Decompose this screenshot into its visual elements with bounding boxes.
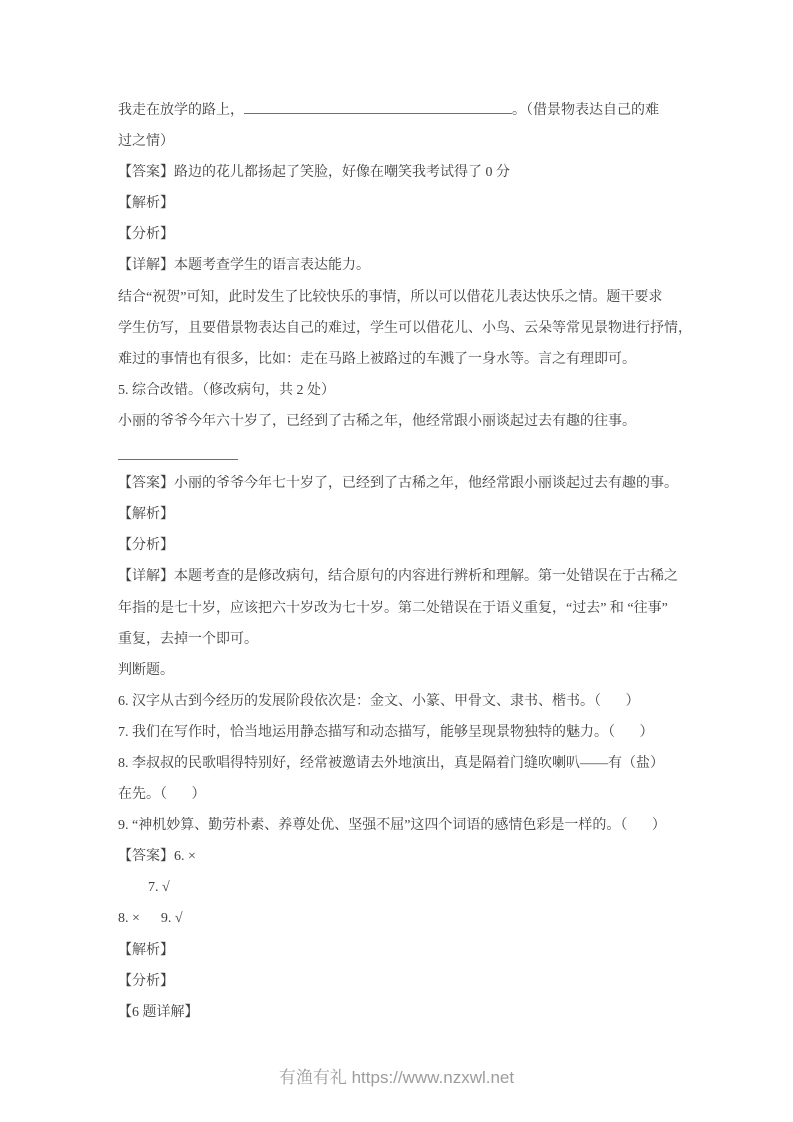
judgement-q8-line-1: 8. 李叔叔的民歌唱得特别好，经常被邀请去外地演出，真是隔着门缝吹喇叭——有（盐… xyxy=(118,748,683,779)
q4-detail-line-4: 难过的事情也有很多，比如：走在马路上被路过的车溅了一身水等。言之有理即可。 xyxy=(118,344,683,375)
q5-sentence: 小丽的爷爷今年六十岁了，已经到了古稀之年，他经常跟小丽谈起过去有趣的往事。 xyxy=(118,406,683,437)
q5-detail-line-1: 【详解】本题考查的是修改病句，结合原句的内容进行辨析和理解。第一处错误在于古稀之 xyxy=(118,561,683,592)
q5-detail-line-2: 年指的是七十岁，应该把六十岁改为七十岁。第二处错误在于语义重复，“过去” 和 “… xyxy=(118,593,683,624)
q5-answer: 【答案】小丽的爷爷今年七十岁了，已经到了古稀之年，他经常跟小丽谈起过去有趣的事。 xyxy=(118,468,683,499)
q4-answer: 【答案】路边的花儿都扬起了笑脸，好像在嘲笑我考试得了 0 分 xyxy=(118,157,683,188)
judgement-answer-row-1: 【答案】6. × xyxy=(118,841,683,872)
judgement-jiexi-label: 【解析】 xyxy=(118,935,683,966)
judgement-answer-row-3: 8. × 9. √ xyxy=(118,903,683,934)
q5-jiexi-label: 【解析】 xyxy=(118,499,683,530)
judgement-q6: 6. 汉字从古到今经历的发展阶段依次是：金文、小篆、甲骨文、隶书、楷书。（ ） xyxy=(118,686,683,717)
q5-title: 5. 综合改错。（修改病句，共 2 处） xyxy=(118,375,683,406)
document-page: 我走在放学的路上，。（借景物表达自己的难 过之情） 【答案】路边的花儿都扬起了笑… xyxy=(0,0,793,1122)
document-content: 我走在放学的路上，。（借景物表达自己的难 过之情） 【答案】路边的花儿都扬起了笑… xyxy=(118,95,683,1028)
judgement-q7: 7. 我们在写作时，恰当地运用静态描写和动态描写，能够呈现景物独特的魅力。（ ） xyxy=(118,717,683,748)
judgement-answer-row-2: 7. √ xyxy=(118,872,683,903)
q4-jiexi-label: 【解析】 xyxy=(118,188,683,219)
judgement-q9: 9. “神机妙算、勤劳朴素、养尊处优、坚强不屈”这四个词语的感情色彩是一样的。（… xyxy=(118,810,683,841)
q4-detail-line-1: 【详解】本题考查学生的语言表达能力。 xyxy=(118,250,683,281)
judgement-q8-line-2: 在先。（ ） xyxy=(118,779,683,810)
fill-in-blank-line xyxy=(244,100,512,114)
q5-correction-blank-line xyxy=(118,437,683,468)
q4-stem-line-1: 我走在放学的路上，。（借景物表达自己的难 xyxy=(118,95,683,126)
watermark-footer: 有渔有礼 https://www.nzxwl.net xyxy=(0,1066,793,1090)
judgement-fenxi-label: 【分析】 xyxy=(118,966,683,997)
q4-detail-line-3: 学生仿写，且要借景物表达自己的难过，学生可以借花儿、小鸟、云朵等常见景物进行抒情… xyxy=(118,313,683,344)
q5-fenxi-label: 【分析】 xyxy=(118,530,683,561)
q4-fenxi-label: 【分析】 xyxy=(118,219,683,250)
q5-detail-line-3: 重复，去掉一个即可。 xyxy=(118,624,683,655)
correction-blank-line xyxy=(118,437,238,460)
q4-stem-line-2: 过之情） xyxy=(118,126,683,157)
q4-stem-prefix: 我走在放学的路上， xyxy=(118,103,244,118)
judgement-detail6-label: 【6 题详解】 xyxy=(118,997,683,1028)
q4-detail-line-2: 结合“祝贺”可知，此时发生了比较快乐的事情，所以可以借花儿表达快乐之情。题干要求 xyxy=(118,282,683,313)
judgement-section-title: 判断题。 xyxy=(118,655,683,686)
q4-stem-suffix: 。（借景物表达自己的难 xyxy=(512,103,659,118)
